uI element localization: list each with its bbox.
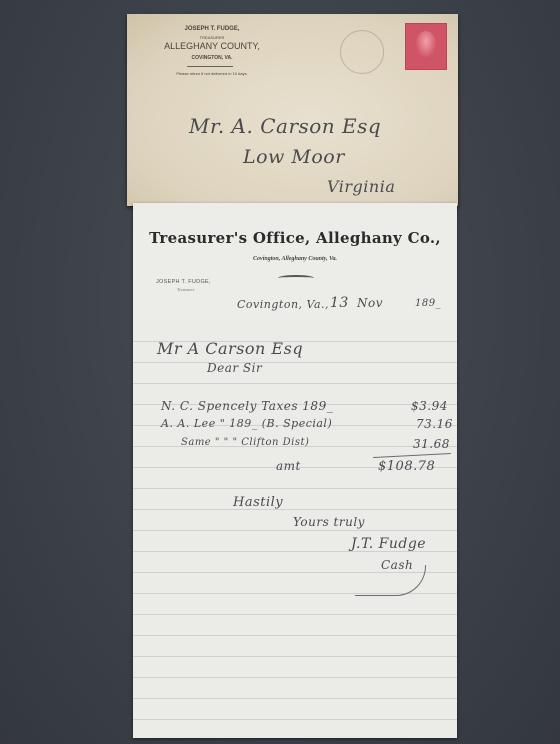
postmark — [340, 30, 384, 74]
date-place: Covington, Va., — [237, 298, 329, 311]
item-desc: A. A. Lee " 189_ (B. Special) — [161, 417, 332, 430]
date-month: Nov — [357, 296, 383, 310]
item-desc: Same " " " Clifton Dist) — [181, 437, 309, 448]
closing-hastily: Hastily — [233, 495, 283, 510]
item-desc: N. C. Spencely Taxes 189_ — [161, 399, 333, 413]
total-label: amt — [276, 459, 301, 473]
salutation-greeting: Dear Sir — [207, 361, 262, 375]
envelope: JOSEPH T. FUDGE, TREASURER ALLEGHANY COU… — [127, 14, 458, 206]
postage-stamp-icon — [405, 23, 447, 70]
letterhead-title: Treasurer's Office, Alleghany Co., — [133, 229, 457, 247]
return-county: ALLEGHANY COUNTY, — [127, 41, 297, 51]
ornament — [278, 275, 314, 281]
letterhead-name: JOSEPH T. FUDGE, — [156, 279, 211, 285]
date-year: 189_ — [415, 298, 441, 309]
addressee-line-3: Virginia — [327, 177, 395, 196]
signature: J.T. Fudge — [351, 536, 426, 552]
return-notice: Please return if not delivered in 10 day… — [127, 71, 297, 76]
letterhead-role: Treasurer. — [177, 287, 195, 292]
item-amount: 31.68 — [413, 437, 450, 451]
item-amount: $3.94 — [411, 399, 448, 413]
return-city: COVINGTON, VA. — [127, 55, 297, 61]
return-title: TREASURER — [127, 35, 297, 40]
letter-sheet: Treasurer's Office, Alleghany Co., Covin… — [133, 203, 457, 738]
total-amount: $108.78 — [378, 459, 435, 474]
sum-line — [373, 453, 451, 458]
divider — [187, 66, 233, 67]
addressee-line-1: Mr. A. Carson Esq — [189, 114, 381, 138]
closing-yours: Yours truly — [293, 515, 365, 529]
addressee-line-2: Low Moor — [243, 146, 345, 168]
date-day: 13 — [330, 295, 349, 311]
letterhead-subtitle: Covington, Alleghany County, Va. — [133, 256, 457, 262]
salutation-name: Mr A Carson Esq — [157, 339, 303, 358]
item-amount: 73.16 — [416, 417, 453, 431]
return-name: JOSEPH T. FUDGE, — [127, 26, 297, 32]
